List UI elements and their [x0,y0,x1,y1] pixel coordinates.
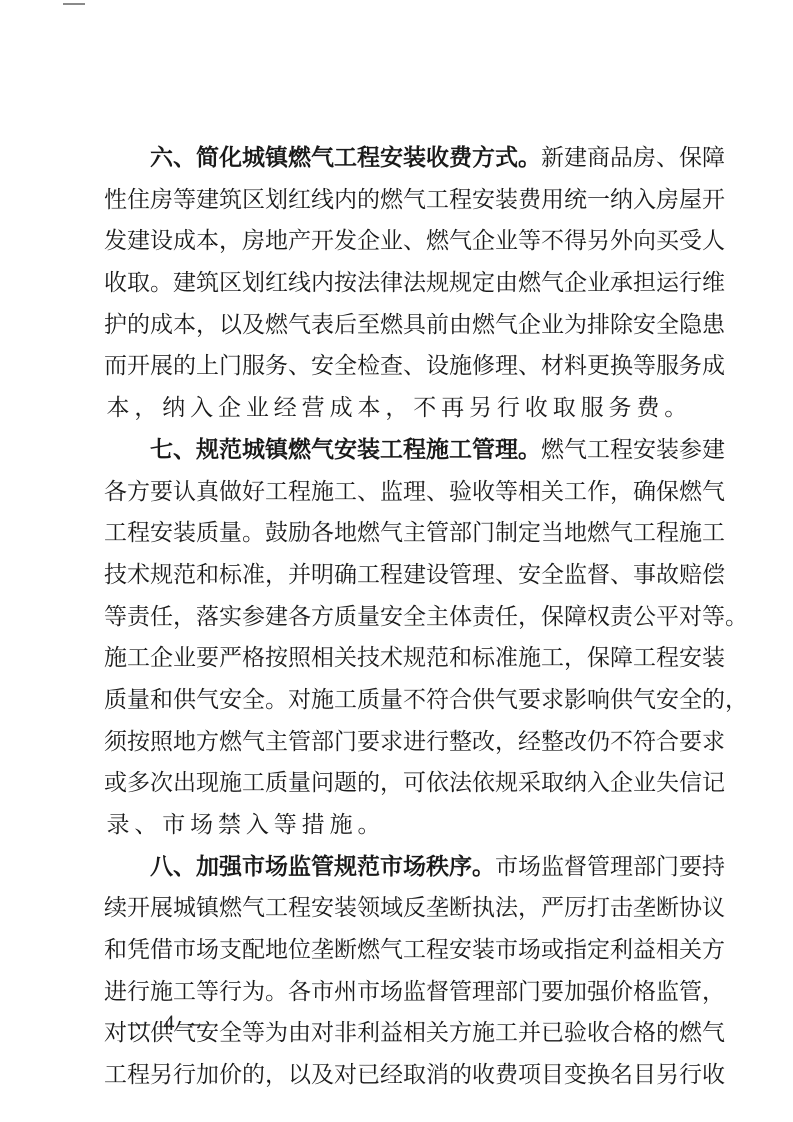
paragraph-line: 和凭借市场支配地位垄断燃气工程安装市场或指定利益相关方 [104,930,694,972]
document-page: 六、简化城镇燃气工程安装收费方式。新建商品房、保障性住房等建筑区划红线内的燃气工… [104,138,694,1097]
paragraph-line: 而开展的上门服务、安全检查、设施修理、材料更换等服务成 [104,346,694,388]
paragraph-line: 须按照地方燃气主管部门要求进行整改，经整改仍不符合要求 [104,722,694,764]
paragraph-line: 或多次出现施工质量问题的，可依法依规采取纳入企业失信记 [104,763,694,805]
paragraph-line: 续开展城镇燃气工程安装领域反垄断执法，严厉打击垄断协议 [104,888,694,930]
paragraph-line: 质量和供气安全。对施工质量不符合供气要求影响供气安全的， [104,680,694,722]
section-heading-line: 七、规范城镇燃气安装工程施工管理。燃气工程安装参建 [104,430,694,472]
section-2: 七、规范城镇燃气安装工程施工管理。燃气工程安装参建各方要认真做好工程施工、监理、… [104,430,694,847]
section-heading-line: 六、简化城镇燃气工程安装收费方式。新建商品房、保障 [104,138,694,180]
paragraph-line: 录、市场禁入等措施。 [104,805,694,847]
section-1: 六、简化城镇燃气工程安装收费方式。新建商品房、保障性住房等建筑区划红线内的燃气工… [104,138,694,430]
paragraph-line: 工程安装质量。鼓励各地燃气主管部门制定当地燃气工程施工 [104,513,694,555]
paragraph-line: 发建设成本，房地产开发企业、燃气企业等不得另外向买受人 [104,221,694,263]
paragraph-line: 技术规范和标准，并明确工程建设管理、安全监督、事故赔偿 [104,555,694,597]
paragraph-line: 护的成本，以及燃气表后至燃具前由燃气企业为排除安全隐患 [104,305,694,347]
section-heading-line: 八、加强市场监管规范市场秩序。市场监督管理部门要持 [104,847,694,889]
top-margin-mark [63,3,85,5]
page-number: — 4 — [128,1010,214,1036]
paragraph-line: 性住房等建筑区划红线内的燃气工程安装费用统一纳入房屋开 [104,180,694,222]
section-3: 八、加强市场监管规范市场秩序。市场监督管理部门要持续开展城镇燃气工程安装领域反垄… [104,847,694,1097]
paragraph-line: 收取。建筑区划红线内按法律法规规定由燃气企业承担运行维 [104,263,694,305]
paragraph-line: 进行施工等行为。各市州市场监督管理部门要加强价格监管， [104,972,694,1014]
paragraph-line: 各方要认真做好工程施工、监理、验收等相关工作，确保燃气 [104,472,694,514]
paragraph-line: 等责任，落实参建各方质量安全主体责任，保障权责公平对等。 [104,597,694,639]
paragraph-line: 施工企业要严格按照相关技术规范和标准施工，保障工程安装 [104,638,694,680]
paragraph-line: 工程另行加价的，以及对已经取消的收费项目变换名目另行收 [104,1055,694,1097]
paragraph-line: 本，纳入企业经营成本，不再另行收取服务费。 [104,388,694,430]
